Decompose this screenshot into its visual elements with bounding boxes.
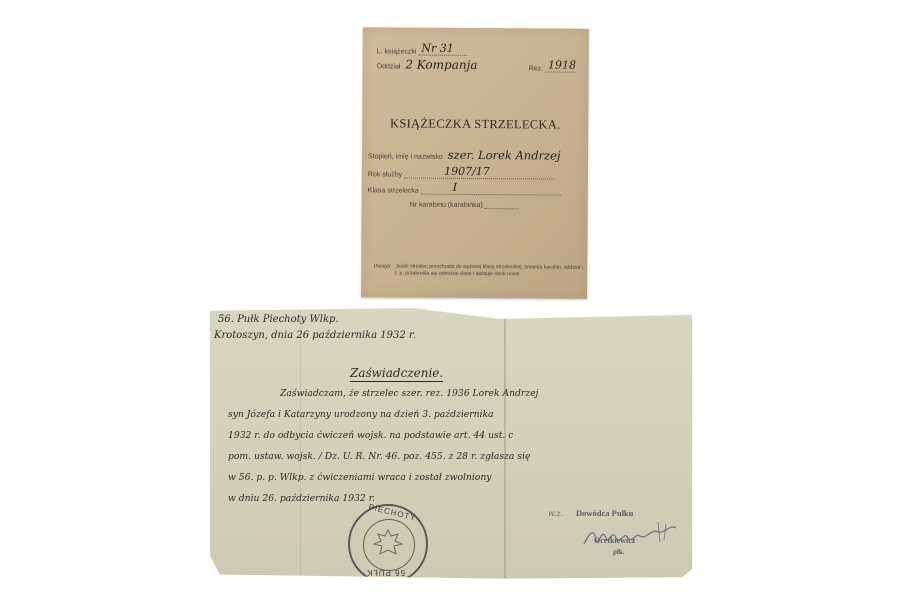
regiment-header: 56. Pułk Piechoty Wlkp. bbox=[218, 314, 339, 325]
field-label: Rok służby bbox=[368, 171, 402, 178]
unit-value: 2 Kompanja bbox=[405, 58, 477, 73]
field-rank-name: Stopień, imię i nazwisko szer. Lorek And… bbox=[368, 147, 561, 162]
body-line: syn Józefa i Katarzyny urodzony na dzień… bbox=[228, 409, 494, 420]
field-service-year: Rok służby 1907/17 bbox=[368, 164, 554, 179]
fold-line bbox=[504, 308, 506, 580]
body-line: w dniu 26. października 1932 r. bbox=[228, 493, 375, 504]
fold-line bbox=[300, 308, 301, 580]
field-rifle-number: Nr karabinu (karabinka) bbox=[410, 202, 519, 210]
field-value: 1907/17 bbox=[444, 165, 490, 178]
field-label: Stopień, imię i nazwisko bbox=[368, 153, 443, 161]
stamp-bottom-text: 56 PUŁK bbox=[366, 568, 405, 577]
note-label: Uwaga: bbox=[361, 263, 395, 277]
body-line: 1932 r. do odbycia ćwiczeń wojsk. na pod… bbox=[228, 430, 513, 441]
booklet-note: Uwaga: Jeżeli strzelec przechodzi do wyż… bbox=[361, 263, 583, 279]
discharge-certificate: 56. Pułk Piechoty Wlkp. Krotoszyn, dnia … bbox=[210, 308, 692, 580]
body-line: Zaświadczam, że strzelec szer. rez. 1936… bbox=[280, 388, 538, 399]
signer-title: Dowódca Pułku bbox=[576, 508, 633, 518]
field-label: Nr karabinu (karabinka) bbox=[410, 202, 483, 210]
regiment-stamp: PIECHOTY 56 PUŁK bbox=[348, 504, 428, 584]
place-date: Krotoszyn, dnia 26 października 1932 r. bbox=[214, 330, 416, 341]
body-line: pom. ustaw. wojsk. / Dz. U. R. Nr. 46. p… bbox=[228, 451, 530, 462]
field-shooting-class: Klasa strzelecka I bbox=[368, 180, 561, 195]
year-value: 1918 bbox=[548, 59, 576, 72]
field-value: szer. Lorek Andrzej bbox=[448, 148, 561, 163]
field-value: I bbox=[453, 181, 457, 194]
book-number-row: L. książeczki Nr 31 bbox=[377, 41, 467, 56]
book-number-value: Nr 31 bbox=[421, 42, 453, 55]
year-label: Rez. bbox=[529, 65, 543, 72]
field-label: Klasa strzelecka bbox=[368, 187, 419, 194]
booklet-title: KSIĄŻECZKA STRZELECKA. bbox=[362, 116, 588, 133]
unit-row: Oddział 2 Kompanja bbox=[377, 57, 478, 72]
year-row: Rez. 1918 bbox=[529, 58, 576, 72]
signature-icon bbox=[580, 518, 680, 554]
signature-prefix: w.z. bbox=[548, 509, 563, 518]
eagle-emblem-icon bbox=[370, 526, 406, 560]
rifleman-booklet: L. książeczki Nr 31 Oddział 2 Kompanja R… bbox=[361, 27, 589, 299]
body-line: w 56. p. p. Wlkp. z ćwiczeniami wraca i … bbox=[228, 472, 491, 483]
book-number-label: L. książeczki bbox=[377, 48, 417, 55]
unit-label: Oddział bbox=[377, 63, 401, 70]
note-text: Jeżeli strzelec przechodzi do wyższej kl… bbox=[395, 263, 583, 278]
certificate-heading: Zaświadczenie. bbox=[350, 366, 443, 382]
